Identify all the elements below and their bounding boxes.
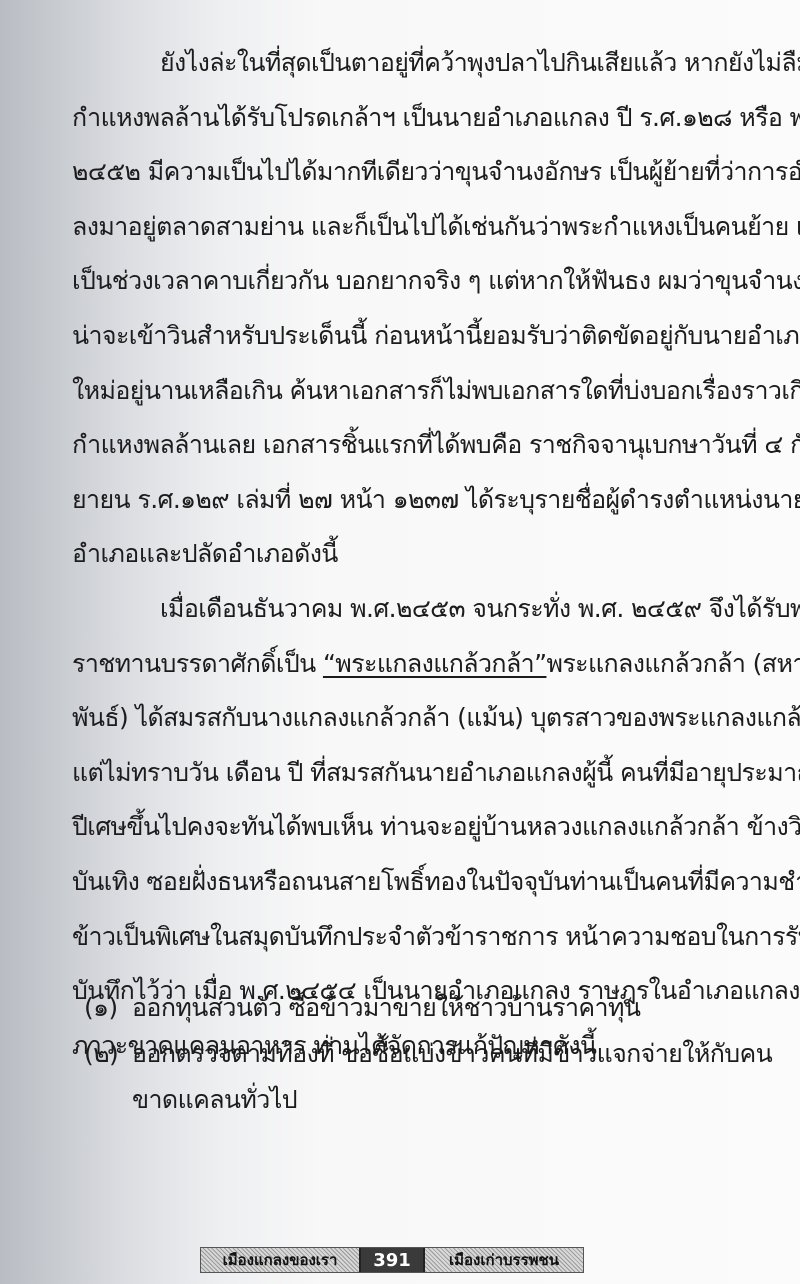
text-line: ใหม่อยู่นานเหลือเกิน ค้นหาเอกสารก็ไม่พบเ… (72, 364, 788, 419)
text-line: เป็นช่วงเวลาคาบเกี่ยวกัน บอกยากจริง ๆ แต… (72, 254, 788, 309)
text-fragment: ราชทานบรรดาศักดิ์เป็น (72, 649, 323, 678)
title-underlined: “พระแกลงแกล้วกล้า” (323, 649, 547, 678)
numbered-list: (๑) ออกทุนส่วนตัว ซื้อข้าวมาขายให้ชาวบ้า… (84, 985, 784, 1123)
text-fragment: พระแกลงแกล้วกล้า (สหาย สิงหะ (546, 649, 800, 678)
list-number: (๒) (84, 1031, 132, 1123)
footer-book-title: เมืองแกลงของเรา (201, 1248, 359, 1272)
text-line: ๒๔๕๒ มีความเป็นไปได้มากทีเดียวว่าขุนจำนง… (72, 145, 788, 200)
text-line: ปีเศษขึ้นไปคงจะทันได้พบเห็น ท่านจะอยู่บ้… (72, 800, 788, 855)
text-line: แต่ไม่ทราบวัน เดือน ปี ที่สมรสกันนายอำเภ… (72, 746, 788, 801)
footer-section-title: เมืองเก่าบรรพชน (425, 1248, 583, 1272)
text-line: น่าจะเข้าวินสำหรับประเด็นนี้ ก่อนหน้านี้… (72, 309, 788, 364)
text-line: ยายน ร.ศ.๑๒๙ เล่มที่ ๒๗ หน้า ๑๒๓๗ ได้ระบ… (72, 473, 788, 528)
text-line: บันเทิง ซอยฝั่งธนหรือถนนสายโพธิ์ทองในปัจ… (72, 855, 788, 910)
list-item: (๑) ออกทุนส่วนตัว ซื้อข้าวมาขายให้ชาวบ้า… (84, 985, 784, 1031)
list-item: (๒) ออกตรวจตามท้องที่ ขอซื้อแบ่งข้าวคนที… (84, 1031, 784, 1123)
text-line: อำเภอและปลัดอำเภอดังนี้ (72, 527, 788, 582)
text-line: เมื่อเดือนธันวาคม พ.ศ.๒๔๕๓ จนกระทั่ง พ.ศ… (72, 582, 788, 637)
text-line: ยังไงล่ะในที่สุดเป็นตาอยู่ที่คว้าพุงปลาไ… (72, 36, 788, 91)
text-line: พันธ์) ได้สมรสกับนางแกลงแกล้วกล้า (แม้น)… (72, 691, 788, 746)
text-line: กำแหงพลล้านเลย เอกสารชิ้นแรกที่ได้พบคือ … (72, 418, 788, 473)
text-line: ข้าวเป็นพิเศษในสมุดบันทึกประจำตัวข้าราชก… (72, 910, 788, 965)
book-page: ยังไงล่ะในที่สุดเป็นตาอยู่ที่คว้าพุงปลาไ… (0, 0, 800, 1284)
text-line: กำแหงพลล้านได้รับโปรดเกล้าฯ เป็นนายอำเภอ… (72, 91, 788, 146)
list-number: (๑) (84, 985, 132, 1031)
list-text-line: ออกตรวจตามท้องที่ ขอซื้อแบ่งข้าวคนที่มีข… (132, 1031, 784, 1077)
body-text: ยังไงล่ะในที่สุดเป็นตาอยู่ที่คว้าพุงปลาไ… (72, 36, 788, 1073)
page-number: 391 (359, 1248, 425, 1272)
page-footer: เมืองแกลงของเรา 391 เมืองเก่าบรรพชน (200, 1247, 584, 1273)
text-line: ลงมาอยู่ตลาดสามย่าน และก็เป็นไปได้เช่นกั… (72, 200, 788, 255)
list-text: ออกทุนส่วนตัว ซื้อข้าวมาขายให้ชาวบ้านราค… (132, 985, 784, 1031)
list-text: ออกตรวจตามท้องที่ ขอซื้อแบ่งข้าวคนที่มีข… (132, 1031, 784, 1123)
text-line: ราชทานบรรดาศักดิ์เป็น “พระแกลงแกล้วกล้า”… (72, 637, 788, 692)
list-text-line: ขาดแคลนทั่วไป (132, 1077, 784, 1123)
